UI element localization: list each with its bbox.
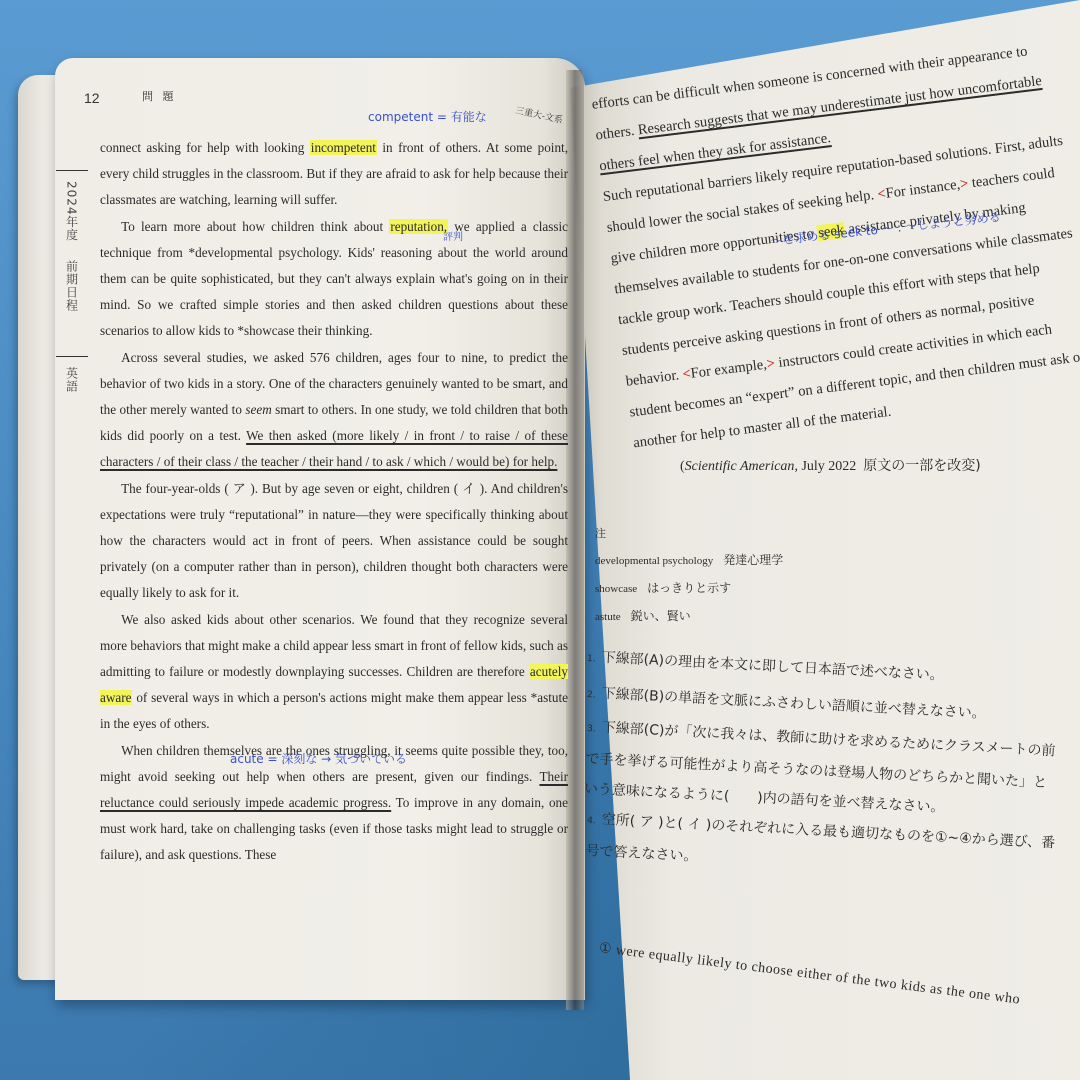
red-bracketed-text: <For instance,> [877, 176, 970, 203]
glossary: 注 developmental psychology発達心理学 showcase… [595, 520, 783, 631]
glossary-item: developmental psychology発達心理学 [595, 547, 783, 575]
text-run: The four-year-olds ( ア ). But by age sev… [100, 481, 568, 601]
page-number: 12 [84, 90, 100, 106]
handwritten-note: 評判 [443, 228, 463, 243]
side-tab-year: 2024年度 前期日程 [56, 170, 88, 312]
question-list: 1.下線部(A)の理由を本文に即して日本語で述べなさい。 2.下線部(B)の単語… [588, 640, 1058, 866]
book-gutter [566, 70, 584, 1010]
running-head-left: 問 題 [142, 88, 177, 104]
highlighted-text: reputation, [389, 219, 448, 234]
right-page-body: efforts can be difficult when someone is… [590, 33, 1080, 460]
text-run: of several ways in which a person's acti… [100, 690, 568, 731]
italic-text: seem [245, 402, 271, 417]
glossary-heading: 注 [595, 520, 783, 547]
paragraph: We also asked kids about other scenarios… [100, 607, 568, 738]
red-bracketed-text: <For example,> [682, 356, 776, 383]
highlighted-text: incompetent [310, 140, 377, 155]
paragraph: To learn more about how children think a… [100, 214, 568, 345]
text-run: we applied a classic technique from *dev… [100, 219, 568, 339]
citation: (Scientific American, July 2022 原文の一部を改変… [680, 455, 981, 475]
handwritten-note: acute = 深刻な → 気づいている [230, 750, 407, 767]
text-run: To learn more about how children think a… [121, 219, 389, 234]
glossary-item: showcaseはっきりと示す [595, 575, 783, 603]
paragraph: Such reputational barriers likely requir… [601, 125, 1080, 459]
paragraph: The four-year-olds ( ア ). But by age sev… [100, 476, 568, 607]
side-tab-subject: 英語 [56, 356, 88, 393]
text-run: We also asked kids about other scenarios… [100, 612, 568, 679]
paragraph: connect asking for help with looking inc… [100, 135, 568, 214]
paragraph: Across several studies, we asked 576 chi… [100, 345, 568, 476]
glossary-item: astute鋭い、賢い [595, 603, 783, 631]
text-run: connect asking for help with looking [100, 140, 310, 155]
handwritten-note: competent = 有能な [368, 108, 487, 125]
